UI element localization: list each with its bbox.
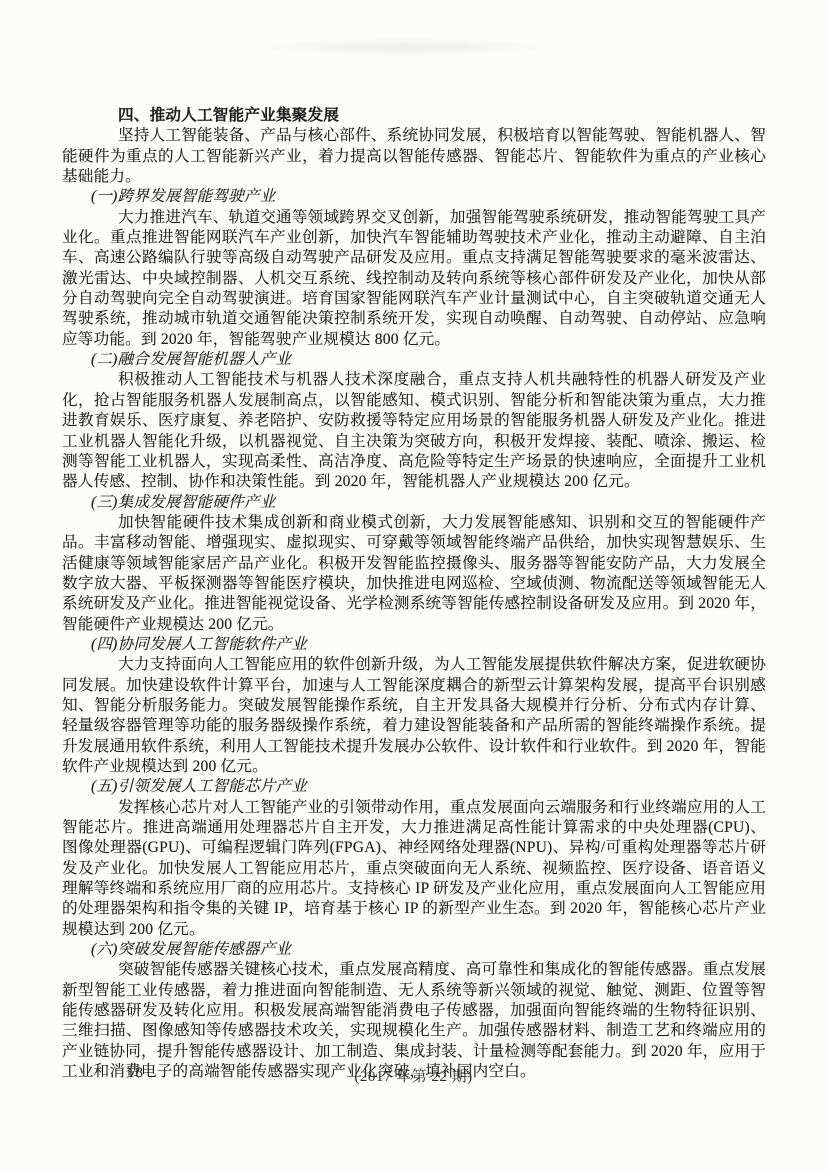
document-page: 四、推动人工智能产业集聚发展 坚持人工智能装备、产品与核心部件、系统协同发展，积… bbox=[0, 0, 827, 1170]
section-body-1: 大力推进汽车、轨道交通等领域跨界交叉创新，加强智能驾驶系统研发，推动智能驾驶工具… bbox=[62, 208, 766, 350]
section-heading-6: (六)突破发展智能传感器产业 bbox=[62, 940, 766, 960]
section-heading-4: (四)协同发展人工智能软件产业 bbox=[62, 635, 766, 655]
issue-label: (2017 年第 22 期) bbox=[0, 1065, 827, 1086]
chapter-title: 四、推动人工智能产业集聚发展 bbox=[62, 106, 766, 126]
section-heading-1: (一)跨界发展智能驾驶产业 bbox=[62, 187, 766, 207]
scan-noise-smudge bbox=[255, 38, 555, 56]
page-footer: 18 (2017 年第 22 期) bbox=[0, 1065, 827, 1087]
document-content: 四、推动人工智能产业集聚发展 坚持人工智能装备、产品与核心部件、系统协同发展，积… bbox=[62, 106, 766, 1083]
section-heading-5: (五)引领发展人工智能芯片产业 bbox=[62, 777, 766, 797]
section-body-2: 积极推动人工智能技术与机器人技术深度融合，重点支持人机共融特性的机器人研发及产业… bbox=[62, 370, 766, 492]
intro-paragraph: 坚持人工智能装备、产品与核心部件、系统协同发展，积极培育以智能驾驶、智能机器人、… bbox=[62, 126, 766, 187]
section-heading-2: (二)融合发展智能机器人产业 bbox=[62, 350, 766, 370]
section-body-4: 大力支持面向人工智能应用的软件创新升级，为人工智能发展提供软件解决方案，促进软硬… bbox=[62, 655, 766, 777]
section-body-5: 发挥核心芯片对人工智能产业的引领带动作用，重点发展面向云端服务和行业终端应用的人… bbox=[62, 798, 766, 940]
section-heading-3: (三)集成发展智能硬件产业 bbox=[62, 493, 766, 513]
section-body-3: 加快智能硬件技术集成创新和商业模式创新，大力发展智能感知、识别和交互的智能硬件产… bbox=[62, 513, 766, 635]
